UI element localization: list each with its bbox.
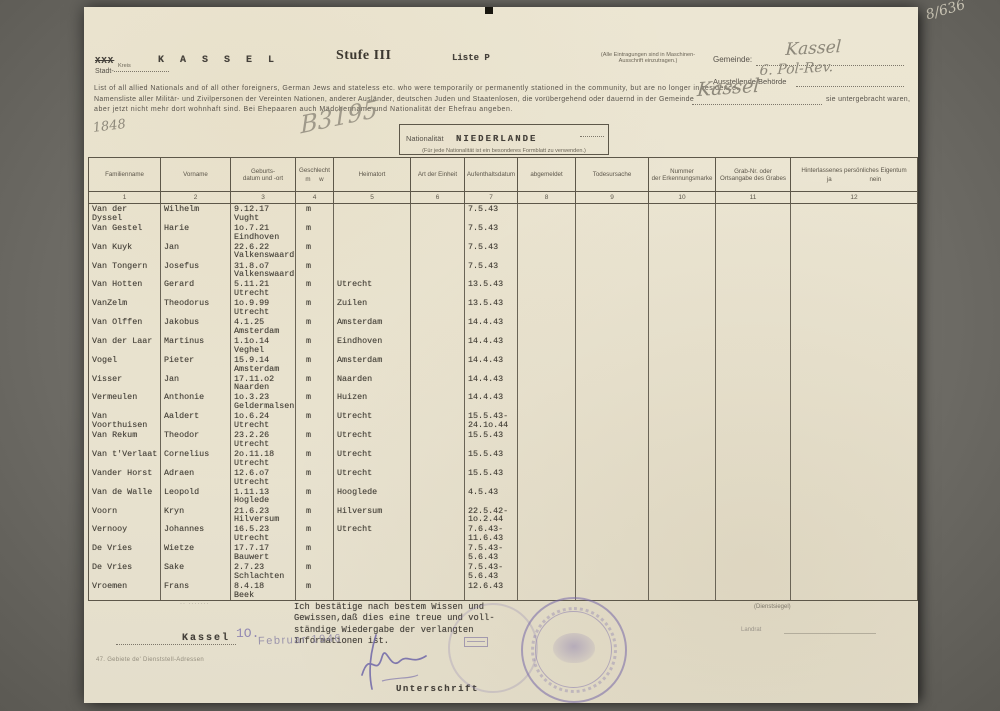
table-row: Van de WalleLeopold1.11.13 HogledemHoogl… bbox=[89, 487, 917, 506]
table-row: VoornKryn21.6.23 HilversummHilversum22.5… bbox=[89, 506, 917, 525]
table-cell-geschlecht: m bbox=[296, 487, 334, 506]
table-cell-heimatort: Zuilen bbox=[334, 298, 411, 317]
table-cell-geburt: 2o.11.18 Utrecht bbox=[231, 449, 296, 468]
table-cell-einheit bbox=[411, 506, 465, 525]
table-cell-geschlecht: m bbox=[296, 411, 334, 430]
table-cell-vorname: Pieter bbox=[161, 355, 231, 374]
table-cell-heimatort: Utrecht bbox=[334, 430, 411, 449]
table-cell-vorname: Martinus bbox=[161, 336, 231, 355]
column-header: Nummer der Erkennungsmarke bbox=[649, 158, 716, 191]
column-number: 10 bbox=[649, 191, 716, 203]
column-number: 1 bbox=[89, 191, 161, 203]
table-row: VernooyJohannes16.5.23 UtrechtmUtrecht7.… bbox=[89, 524, 917, 543]
table-cell-eigentum bbox=[791, 355, 917, 374]
table-cell-einheit bbox=[411, 223, 465, 242]
table-cell-familienname: Van der Dyssel bbox=[89, 204, 161, 223]
table-cell-todesursache bbox=[576, 392, 649, 411]
table-cell-familienname: Vogel bbox=[89, 355, 161, 374]
table-cell-aufenthalt: 14.4.43 bbox=[465, 355, 518, 374]
column-header: Hinterlassenes persönliches Eigentumja n… bbox=[791, 158, 917, 191]
intro-german-line1-end: sie untergebracht waren, bbox=[826, 96, 910, 103]
table-cell-geschlecht: m bbox=[296, 336, 334, 355]
table-row: De VriesSake2.7.23 Schlachtenm7.5.43- 5.… bbox=[89, 562, 917, 581]
table-cell-eigentum bbox=[791, 524, 917, 543]
table-cell-todesursache bbox=[576, 374, 649, 393]
table-cell-erkennungsmarke bbox=[649, 279, 716, 298]
table-cell-grab bbox=[716, 392, 791, 411]
table-row: Van RekumTheodor23.2.26 UtrechtmUtrecht1… bbox=[89, 430, 917, 449]
table-row: De VriesWietze17.7.17 Bauwertm7.5.43- 5.… bbox=[89, 543, 917, 562]
table-cell-abgemeldet bbox=[518, 543, 576, 562]
table-cell-grab bbox=[716, 411, 791, 430]
table-cell-grab bbox=[716, 298, 791, 317]
table-cell-aufenthalt: 14.4.43 bbox=[465, 317, 518, 336]
column-header: Familienname bbox=[89, 158, 161, 191]
column-header: Art der Einheit bbox=[411, 158, 465, 191]
column-number: 11 bbox=[716, 191, 791, 203]
table-row: VanZelmTheodorus1o.9.99 UtrechtmZuilen13… bbox=[89, 298, 917, 317]
column-number: 3 bbox=[231, 191, 296, 203]
column-number: 7 bbox=[465, 191, 518, 203]
table-cell-einheit bbox=[411, 317, 465, 336]
table-cell-grab bbox=[716, 581, 791, 600]
table-cell-todesursache bbox=[576, 487, 649, 506]
table-cell-geburt: 1o.7.21 Eindhoven bbox=[231, 223, 296, 242]
table-cell-einheit bbox=[411, 468, 465, 487]
table-cell-einheit bbox=[411, 204, 465, 223]
table-cell-geburt: 1.1o.14 Veghel bbox=[231, 336, 296, 355]
table-cell-heimatort: Utrecht bbox=[334, 468, 411, 487]
table-cell-familienname: Vander Horst bbox=[89, 468, 161, 487]
kreis-dotted-line bbox=[114, 71, 169, 72]
table-cell-familienname: Van Hotten bbox=[89, 279, 161, 298]
table-cell-erkennungsmarke bbox=[649, 487, 716, 506]
table-cell-todesursache bbox=[576, 261, 649, 280]
table-cell-erkennungsmarke bbox=[649, 524, 716, 543]
table-cell-abgemeldet bbox=[518, 279, 576, 298]
table-cell-einheit bbox=[411, 279, 465, 298]
table-cell-geburt: 1.11.13 Hoglede bbox=[231, 487, 296, 506]
table-cell-heimatort bbox=[334, 223, 411, 242]
table-cell-familienname: Van Kuyk bbox=[89, 242, 161, 261]
table-cell-aufenthalt: 14.4.43 bbox=[465, 392, 518, 411]
table-cell-grab bbox=[716, 487, 791, 506]
stamp-center-box bbox=[464, 637, 488, 647]
intro-english: List of all allied Nationals and of all … bbox=[94, 85, 739, 92]
table-cell-heimatort bbox=[334, 204, 411, 223]
table-cell-geschlecht: m bbox=[296, 374, 334, 393]
table-cell-familienname: Van Tongern bbox=[89, 261, 161, 280]
table-cell-abgemeldet bbox=[518, 298, 576, 317]
stadt-label: Stadt- bbox=[95, 68, 114, 75]
table-cell-heimatort bbox=[334, 261, 411, 280]
column-header: Geburts- datum und -ort bbox=[231, 158, 296, 191]
table-cell-vorname: Kryn bbox=[161, 506, 231, 525]
column-header: Grab-Nr. oder Ortsangabe des Grabes bbox=[716, 158, 791, 191]
table-cell-aufenthalt: 7.5.43 bbox=[465, 223, 518, 242]
table-cell-todesursache bbox=[576, 298, 649, 317]
column-header: abgemeldet bbox=[518, 158, 576, 191]
table-row: VisserJan17.11.o2 NaardenmNaarden14.4.43 bbox=[89, 374, 917, 393]
table-row: Van OlffenJakobus4.1.25 AmsterdammAmster… bbox=[89, 317, 917, 336]
table-cell-vorname: Jakobus bbox=[161, 317, 231, 336]
table-cell-familienname: Vroemen bbox=[89, 581, 161, 600]
table-cell-geschlecht: m bbox=[296, 242, 334, 261]
column-header: Aufenthaltsdatum bbox=[465, 158, 518, 191]
table-cell-einheit bbox=[411, 487, 465, 506]
column-number: 12 bbox=[791, 191, 917, 203]
table-cell-heimatort: Utrecht bbox=[334, 411, 411, 430]
table-cell-eigentum bbox=[791, 411, 917, 430]
signature-scrawl bbox=[352, 629, 452, 699]
table-cell-aufenthalt: 14.4.43 bbox=[465, 374, 518, 393]
table-cell-abgemeldet bbox=[518, 562, 576, 581]
table-cell-grab bbox=[716, 562, 791, 581]
table-cell-einheit bbox=[411, 298, 465, 317]
table-cell-erkennungsmarke bbox=[649, 261, 716, 280]
table-cell-grab bbox=[716, 506, 791, 525]
table-cell-todesursache bbox=[576, 562, 649, 581]
table-cell-geschlecht: m bbox=[296, 392, 334, 411]
table-cell-geschlecht: m bbox=[296, 355, 334, 374]
table-cell-erkennungsmarke bbox=[649, 392, 716, 411]
table-cell-geburt: 2.7.23 Schlachten bbox=[231, 562, 296, 581]
table-cell-familienname: Voorn bbox=[89, 506, 161, 525]
table-cell-vorname: Anthonie bbox=[161, 392, 231, 411]
table-cell-geburt: 21.6.23 Hilversum bbox=[231, 506, 296, 525]
table-cell-geschlecht: m bbox=[296, 261, 334, 280]
table-cell-eigentum bbox=[791, 392, 917, 411]
table-cell-erkennungsmarke bbox=[649, 298, 716, 317]
table-cell-einheit bbox=[411, 261, 465, 280]
table-cell-todesursache bbox=[576, 223, 649, 242]
table-cell-vorname: Harie bbox=[161, 223, 231, 242]
table-cell-familienname: Van Gestel bbox=[89, 223, 161, 242]
table-cell-heimatort: Hilversum bbox=[334, 506, 411, 525]
table-cell-aufenthalt: 7.5.43 bbox=[465, 204, 518, 223]
table-cell-einheit bbox=[411, 355, 465, 374]
table-cell-erkennungsmarke bbox=[649, 374, 716, 393]
table-cell-familienname: Visser bbox=[89, 374, 161, 393]
table-cell-erkennungsmarke bbox=[649, 336, 716, 355]
table-cell-eigentum bbox=[791, 449, 917, 468]
table-cell-einheit bbox=[411, 449, 465, 468]
table-cell-todesursache bbox=[576, 581, 649, 600]
table-cell-familienname: Vernooy bbox=[89, 524, 161, 543]
nationality-box: Nationalität NIEDERLANDE (Für jede Natio… bbox=[399, 124, 609, 155]
table-cell-vorname: Sake bbox=[161, 562, 231, 581]
table-cell-grab bbox=[716, 336, 791, 355]
table-cell-erkennungsmarke bbox=[649, 562, 716, 581]
table-cell-todesursache bbox=[576, 543, 649, 562]
table-cell-todesursache bbox=[576, 317, 649, 336]
table-cell-geburt: 8.4.18 Beek bbox=[231, 581, 296, 600]
table-cell-geschlecht: m bbox=[296, 581, 334, 600]
table-cell-abgemeldet bbox=[518, 336, 576, 355]
stamp-arc-dots bbox=[531, 607, 617, 693]
table-cell-geburt: 22.6.22 Valkenswaard bbox=[231, 242, 296, 261]
table-cell-geburt: 15.9.14 Amsterdam bbox=[231, 355, 296, 374]
table-cell-geschlecht: m bbox=[296, 449, 334, 468]
table-cell-aufenthalt: 13.5.43 bbox=[465, 279, 518, 298]
table-cell-einheit bbox=[411, 581, 465, 600]
table-cell-vorname: Theodorus bbox=[161, 298, 231, 317]
table-cell-abgemeldet bbox=[518, 506, 576, 525]
table-cell-geschlecht: m bbox=[296, 204, 334, 223]
table-row: Van der LaarMartinus1.1o.14 VeghelmEindh… bbox=[89, 336, 917, 355]
document-paper: XXX Stadt- Kreis K A S S E L Stufe III L… bbox=[84, 7, 918, 703]
table-cell-aufenthalt: 7.6.43- 11.6.43 bbox=[465, 524, 518, 543]
table-cell-abgemeldet bbox=[518, 449, 576, 468]
table-cell-vorname: Theodor bbox=[161, 430, 231, 449]
scanned-document: 8/636 XXX Stadt- Kreis K A S S E L Stufe… bbox=[0, 0, 1000, 711]
table-cell-heimatort: Utrecht bbox=[334, 449, 411, 468]
pencil-number: 1848 bbox=[92, 117, 127, 136]
nationality-label: Nationalität bbox=[406, 134, 444, 143]
table-number-row: 123456789101112 bbox=[89, 191, 917, 203]
table-cell-aufenthalt: 7.5.43- 5.6.43 bbox=[465, 562, 518, 581]
table-cell-heimatort bbox=[334, 581, 411, 600]
table-cell-familienname: VanZelm bbox=[89, 298, 161, 317]
table-cell-grab bbox=[716, 204, 791, 223]
behoerde-dotted-line bbox=[796, 86, 904, 87]
table-header-row: FamiliennameVornameGeburts- datum und -o… bbox=[89, 158, 917, 191]
table-cell-einheit bbox=[411, 562, 465, 581]
table-cell-geburt: 1o.3.23 Geldermalsen bbox=[231, 392, 296, 411]
column-header: Geschlechtm w bbox=[296, 158, 334, 191]
table-cell-familienname: De Vries bbox=[89, 543, 161, 562]
table-cell-eigentum bbox=[791, 261, 917, 280]
table-cell-grab bbox=[716, 223, 791, 242]
table-cell-vorname: Leopold bbox=[161, 487, 231, 506]
table-cell-abgemeldet bbox=[518, 392, 576, 411]
crossed-out-mark: XXX bbox=[95, 56, 114, 66]
table-cell-todesursache bbox=[576, 204, 649, 223]
table-cell-grab bbox=[716, 242, 791, 261]
table-cell-abgemeldet bbox=[518, 223, 576, 242]
table-cell-einheit bbox=[411, 374, 465, 393]
entries-note: (Alle Eintragungen sind in Maschinen-Aus… bbox=[590, 52, 706, 65]
city-typed: K A S S E L bbox=[158, 55, 279, 66]
table-cell-todesursache bbox=[576, 506, 649, 525]
table-cell-familienname: Van Olffen bbox=[89, 317, 161, 336]
table-cell-eigentum bbox=[791, 487, 917, 506]
table-cell-einheit bbox=[411, 336, 465, 355]
intro-dotted-gap bbox=[692, 104, 822, 105]
table-cell-aufenthalt: 15.5.43 bbox=[465, 430, 518, 449]
table-cell-todesursache bbox=[576, 524, 649, 543]
table-cell-grab bbox=[716, 430, 791, 449]
table-cell-vorname: Wietze bbox=[161, 543, 231, 562]
table-cell-aufenthalt: 13.5.43 bbox=[465, 298, 518, 317]
table-cell-todesursache bbox=[576, 411, 649, 430]
page-title: Stufe III bbox=[336, 48, 391, 64]
table-cell-todesursache bbox=[576, 449, 649, 468]
table-cell-eigentum bbox=[791, 336, 917, 355]
column-number: 2 bbox=[161, 191, 231, 203]
table-cell-vorname: Frans bbox=[161, 581, 231, 600]
table-cell-grab bbox=[716, 468, 791, 487]
table-row: Van VoorthuisenAaldert1o.6.24 UtrechtmUt… bbox=[89, 411, 917, 430]
date-day-stamp: 1O. bbox=[236, 626, 259, 641]
corner-archive-number: 8/636 bbox=[924, 0, 967, 23]
table-cell-erkennungsmarke bbox=[649, 581, 716, 600]
round-ink-stamp bbox=[521, 597, 627, 703]
table-cell-eigentum bbox=[791, 543, 917, 562]
table-cell-geburt: 31.8.o7 Valkenswaard bbox=[231, 261, 296, 280]
column-number: 9 bbox=[576, 191, 649, 203]
table-cell-geburt: 17.7.17 Bauwert bbox=[231, 543, 296, 562]
table-cell-vorname: Johannes bbox=[161, 524, 231, 543]
table-cell-erkennungsmarke bbox=[649, 543, 716, 562]
table-cell-grab bbox=[716, 543, 791, 562]
table-cell-aufenthalt: 15.5.43 bbox=[465, 449, 518, 468]
table-cell-grab bbox=[716, 279, 791, 298]
table-cell-eigentum bbox=[791, 468, 917, 487]
place-dotted-line bbox=[116, 644, 236, 645]
table-cell-todesursache bbox=[576, 279, 649, 298]
table-cell-todesursache bbox=[576, 336, 649, 355]
table-row: Van KuykJan22.6.22 Valkenswaardm7.5.43 bbox=[89, 242, 917, 261]
table-cell-eigentum bbox=[791, 317, 917, 336]
table-row: Van GestelHarie1o.7.21 Eindhovenm7.5.43 bbox=[89, 223, 917, 242]
table-cell-geschlecht: m bbox=[296, 468, 334, 487]
table-cell-familienname: Van de Walle bbox=[89, 487, 161, 506]
table-cell-heimatort: Huizen bbox=[334, 392, 411, 411]
table-cell-todesursache bbox=[576, 468, 649, 487]
table-cell-erkennungsmarke bbox=[649, 355, 716, 374]
table-row: Vander HorstAdraen12.6.o7 UtrechtmUtrech… bbox=[89, 468, 917, 487]
table-cell-einheit bbox=[411, 543, 465, 562]
table-cell-eigentum bbox=[791, 430, 917, 449]
persons-table: FamiliennameVornameGeburts- datum und -o… bbox=[88, 157, 918, 601]
table-cell-heimatort: Naarden bbox=[334, 374, 411, 393]
table-cell-geburt: 1o.9.99 Utrecht bbox=[231, 298, 296, 317]
table-cell-geschlecht: m bbox=[296, 430, 334, 449]
intro-handwritten-city: Kassel bbox=[696, 75, 760, 102]
table-cell-aufenthalt: 4.5.43 bbox=[465, 487, 518, 506]
table-cell-todesursache bbox=[576, 355, 649, 374]
table-cell-aufenthalt: 7.5.43- 5.6.43 bbox=[465, 543, 518, 562]
faint-dotted-mark: ·· ······· bbox=[180, 601, 210, 607]
table-cell-eigentum bbox=[791, 204, 917, 223]
table-cell-eigentum bbox=[791, 562, 917, 581]
table-cell-erkennungsmarke bbox=[649, 411, 716, 430]
table-cell-abgemeldet bbox=[518, 487, 576, 506]
table-cell-einheit bbox=[411, 392, 465, 411]
table-cell-geschlecht: m bbox=[296, 223, 334, 242]
table-cell-familienname: Van der Laar bbox=[89, 336, 161, 355]
table-cell-einheit bbox=[411, 524, 465, 543]
table-cell-grab bbox=[716, 449, 791, 468]
table-cell-eigentum bbox=[791, 298, 917, 317]
table-row: Van t'VerlaatCornelius2o.11.18 UtrechtmU… bbox=[89, 449, 917, 468]
table-cell-geschlecht: m bbox=[296, 524, 334, 543]
table-cell-geschlecht: m bbox=[296, 543, 334, 562]
table-cell-geburt: 16.5.23 Utrecht bbox=[231, 524, 296, 543]
table-body: Van der DysselWilhelm9.12.17 Vughtm7.5.4… bbox=[89, 203, 917, 600]
table-cell-aufenthalt: 15.5.43- 24.1o.44 bbox=[465, 411, 518, 430]
table-cell-familienname: Van t'Verlaat bbox=[89, 449, 161, 468]
table-cell-geburt: 1o.6.24 Utrecht bbox=[231, 411, 296, 430]
table-cell-erkennungsmarke bbox=[649, 468, 716, 487]
table-cell-vorname: Josefus bbox=[161, 261, 231, 280]
table-cell-aufenthalt: 12.6.43 bbox=[465, 581, 518, 600]
table-cell-geschlecht: m bbox=[296, 562, 334, 581]
form-footnote: 47. Gebiete de' Dienststell-Adressen bbox=[96, 657, 204, 663]
intro-german-line1: Namensliste aller Militär- und Zivilpers… bbox=[94, 96, 694, 103]
column-header: Todesursache bbox=[576, 158, 649, 191]
table-cell-grab bbox=[716, 355, 791, 374]
table-cell-geburt: 4.1.25 Amsterdam bbox=[231, 317, 296, 336]
table-cell-erkennungsmarke bbox=[649, 449, 716, 468]
table-cell-vorname: Wilhelm bbox=[161, 204, 231, 223]
gemeinde-label: Gemeinde: bbox=[713, 55, 752, 64]
table-row: VogelPieter15.9.14 AmsterdammAmsterdam14… bbox=[89, 355, 917, 374]
table-cell-erkennungsmarke bbox=[649, 242, 716, 261]
table-row: Van der DysselWilhelm9.12.17 Vughtm7.5.4… bbox=[89, 204, 917, 223]
table-cell-aufenthalt: 7.5.43 bbox=[465, 261, 518, 280]
table-cell-abgemeldet bbox=[518, 242, 576, 261]
table-cell-abgemeldet bbox=[518, 524, 576, 543]
table-cell-familienname: Vermeulen bbox=[89, 392, 161, 411]
table-cell-einheit bbox=[411, 411, 465, 430]
table-cell-vorname: Jan bbox=[161, 374, 231, 393]
table-cell-vorname: Gerard bbox=[161, 279, 231, 298]
table-cell-abgemeldet bbox=[518, 204, 576, 223]
table-cell-familienname: De Vries bbox=[89, 562, 161, 581]
table-cell-heimatort bbox=[334, 543, 411, 562]
seal-label: (Dienstsiegel) bbox=[754, 604, 791, 610]
table-cell-geburt: 17.11.o2 Naarden bbox=[231, 374, 296, 393]
table-cell-heimatort: Utrecht bbox=[334, 279, 411, 298]
table-cell-heimatort bbox=[334, 562, 411, 581]
nationality-value: NIEDERLANDE bbox=[456, 134, 537, 144]
table-cell-grab bbox=[716, 317, 791, 336]
table-cell-geburt: 9.12.17 Vught bbox=[231, 204, 296, 223]
column-header: Vorname bbox=[161, 158, 231, 191]
column-number: 5 bbox=[334, 191, 411, 203]
table-cell-geburt: 23.2.26 Utrecht bbox=[231, 430, 296, 449]
table-cell-grab bbox=[716, 374, 791, 393]
table-cell-heimatort: Eindhoven bbox=[334, 336, 411, 355]
table-row: Van HottenGerard5.11.21 UtrechtmUtrecht1… bbox=[89, 279, 917, 298]
table-cell-eigentum bbox=[791, 374, 917, 393]
table-cell-todesursache bbox=[576, 242, 649, 261]
table-cell-aufenthalt: 14.4.43 bbox=[465, 336, 518, 355]
registration-tick bbox=[485, 7, 493, 14]
table-cell-heimatort: Amsterdam bbox=[334, 317, 411, 336]
table-cell-eigentum bbox=[791, 581, 917, 600]
column-number: 4 bbox=[296, 191, 334, 203]
table-cell-familienname: Van Voorthuisen bbox=[89, 411, 161, 430]
table-cell-abgemeldet bbox=[518, 430, 576, 449]
table-cell-erkennungsmarke bbox=[649, 223, 716, 242]
table-cell-eigentum bbox=[791, 242, 917, 261]
table-cell-abgemeldet bbox=[518, 374, 576, 393]
table-cell-abgemeldet bbox=[518, 411, 576, 430]
table-cell-geschlecht: m bbox=[296, 317, 334, 336]
table-cell-einheit bbox=[411, 242, 465, 261]
table-cell-aufenthalt: 7.5.43 bbox=[465, 242, 518, 261]
faint-right-line bbox=[784, 633, 876, 634]
table-cell-geburt: 12.6.o7 Utrecht bbox=[231, 468, 296, 487]
table-cell-grab bbox=[716, 524, 791, 543]
kreis-label: Kreis bbox=[118, 63, 131, 69]
nationality-note: (Für jede Nationalität ist ein besondere… bbox=[406, 148, 602, 154]
table-cell-geschlecht: m bbox=[296, 279, 334, 298]
behoerde-handwritten-value: 6. Pol-Rev. bbox=[759, 59, 834, 79]
